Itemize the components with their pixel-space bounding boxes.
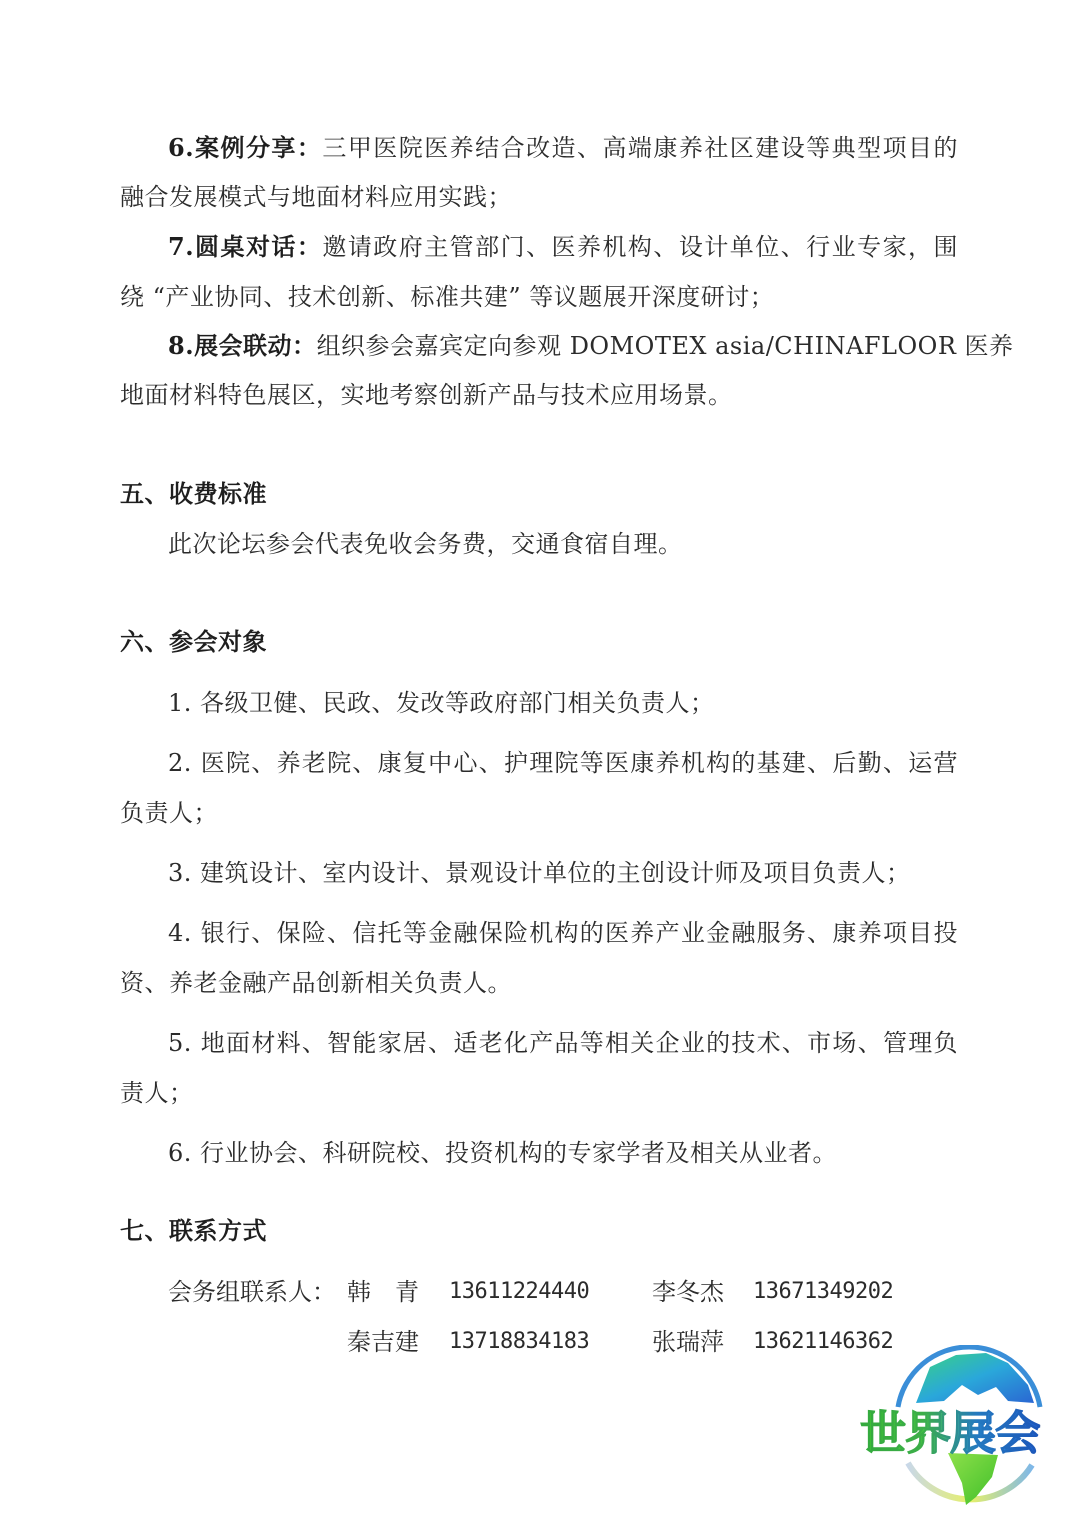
- watermark-logo: 世界展会: [858, 1345, 1078, 1525]
- attendee-item-4-line1: 4. 银行、保险、信托等金融保险机构的医养产业金融服务、康养项目投: [168, 916, 958, 950]
- section-fees-body: 此次论坛参会代表免收会务费，交通食宿自理。: [168, 527, 1008, 561]
- section-attendees-heading: 六、参会对象: [120, 625, 960, 659]
- contact-phone-2: 13671349202: [753, 1275, 893, 1309]
- contact-phone-1: 13611224440: [449, 1275, 589, 1309]
- agenda-item-6-number: 6.: [168, 133, 194, 162]
- document-page: 6.案例分享：三甲医院医养结合改造、高端康养社区建设等典型项目的 融合发展模式与…: [0, 0, 1080, 1528]
- section-contact-heading: 七、联系方式: [120, 1214, 960, 1248]
- agenda-item-7-line1: 7.圆桌对话：邀请政府主管部门、医养机构、设计单位、行业专家，围: [168, 230, 958, 264]
- attendee-item-2-line1: 2. 医院、养老院、康复中心、护理院等医康养机构的基建、后勤、运营: [168, 746, 958, 780]
- contact-name-1: 韩 青: [347, 1275, 419, 1309]
- agenda-item-6-title: 案例分享：: [194, 133, 322, 162]
- attendee-item-2-line2: 负责人；: [120, 796, 960, 830]
- agenda-item-8-number: 8.: [168, 331, 194, 360]
- watermark-text: 世界展会: [860, 1397, 1040, 1463]
- contact-phone-3: 13718834183: [449, 1325, 589, 1359]
- attendee-item-5-line2: 责人；: [120, 1076, 960, 1110]
- contact-name-2: 李冬杰: [652, 1275, 724, 1309]
- agenda-item-8-line1: 8.展会联动：组织参会嘉宾定向参观 DOMOTEX asia/CHINAFLOO…: [168, 329, 958, 363]
- attendee-item-1: 1. 各级卫健、民政、发改等政府部门相关负责人；: [168, 686, 1008, 720]
- attendee-item-6: 6. 行业协会、科研院校、投资机构的专家学者及相关从业者。: [168, 1136, 1008, 1170]
- agenda-item-6-line1: 6.案例分享：三甲医院医养结合改造、高端康养社区建设等典型项目的: [168, 131, 958, 165]
- agenda-item-7-line2: 绕 “产业协同、技术创新、标准共建” 等议题展开深度研讨；: [120, 280, 960, 314]
- agenda-item-6-line2: 融合发展模式与地面材料应用实践；: [120, 180, 960, 214]
- attendee-item-3: 3. 建筑设计、室内设计、景观设计单位的主创设计师及项目负责人；: [168, 856, 1008, 890]
- attendee-item-4-line2: 资、养老金融产品创新相关负责人。: [120, 966, 960, 1000]
- agenda-item-7-title: 圆桌对话：: [194, 232, 322, 261]
- attendee-item-5-line1: 5. 地面材料、智能家居、适老化产品等相关企业的技术、市场、管理负: [168, 1026, 958, 1060]
- agenda-item-7-text: 邀请政府主管部门、医养机构、设计单位、行业专家，围: [322, 233, 958, 261]
- agenda-item-8-text: 组织参会嘉宾定向参观 DOMOTEX asia/CHINAFLOOR 医养: [317, 332, 1014, 360]
- contact-name-4: 张瑞萍: [652, 1325, 724, 1359]
- agenda-item-8-line2: 地面材料特色展区，实地考察创新产品与技术应用场景。: [120, 378, 960, 412]
- agenda-item-8-title: 展会联动：: [194, 331, 317, 360]
- section-fees-heading: 五、收费标准: [120, 477, 960, 511]
- contact-label: 会务组联系人：: [168, 1275, 336, 1309]
- agenda-item-7-number: 7.: [168, 232, 194, 261]
- contact-name-3: 秦吉建: [347, 1325, 419, 1359]
- agenda-item-6-text: 三甲医院医养结合改造、高端康养社区建设等典型项目的: [322, 134, 958, 162]
